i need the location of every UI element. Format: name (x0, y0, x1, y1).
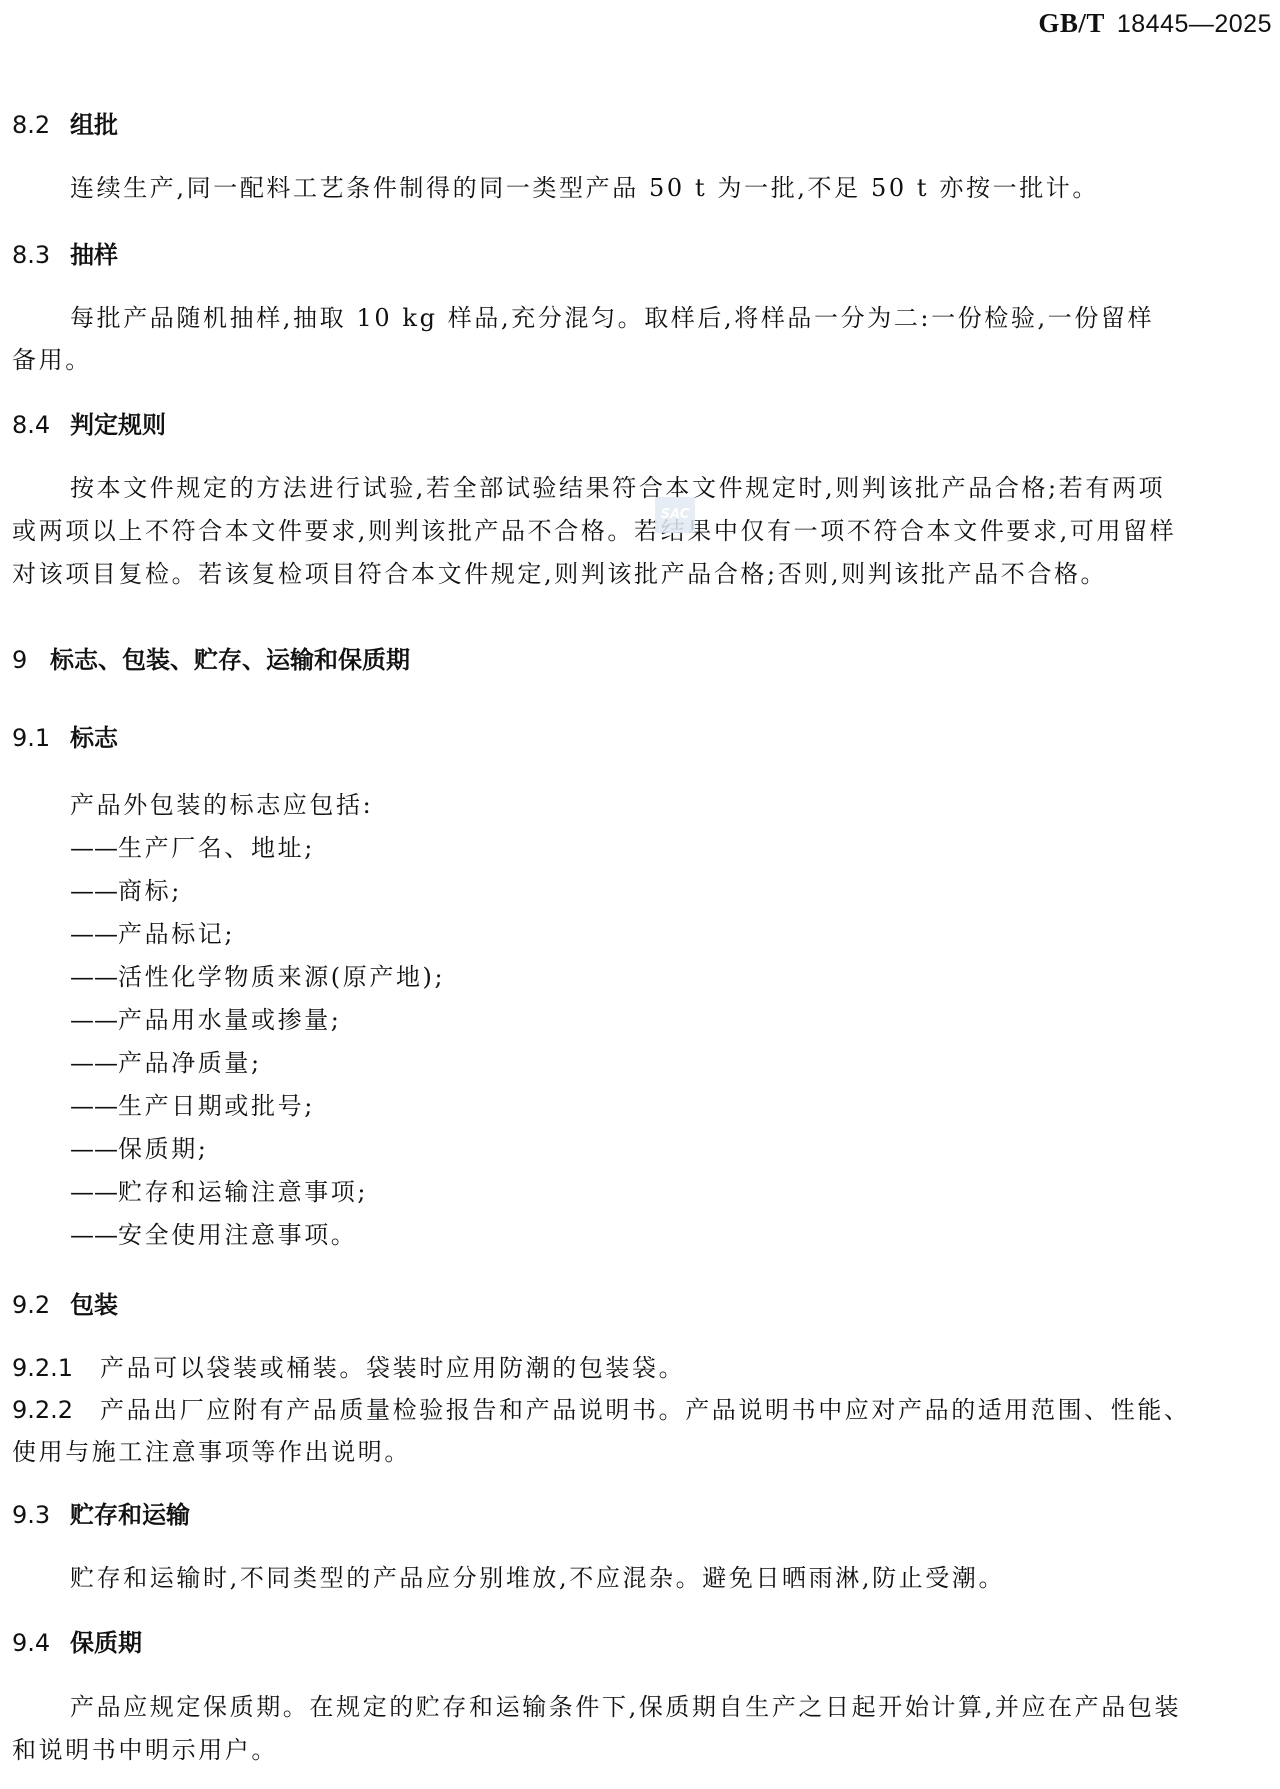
heading-8-3: 8.3抽样 (0, 240, 1280, 270)
standard-prefix: GB/T (1038, 8, 1105, 38)
dash-bullet: —— (70, 1220, 118, 1250)
paragraph-8-3-line-1: 每批产品随机抽样,抽取 10 kg 样品,充分混匀。取样后,将样品一分为二:一份… (0, 303, 1280, 333)
heading-9-3: 9.3贮存和运输 (0, 1500, 1280, 1530)
paragraph-8-4-line-2: 或两项以上不符合本文件要求,则判该批产品不合格。若结果中仅有一项不符合本文件要求… (0, 516, 1280, 546)
dash-bullet: —— (70, 1005, 118, 1035)
paragraph-9-4-line-2: 和说明书中明示用户。 (0, 1735, 1280, 1765)
dash-bullet: —— (70, 833, 118, 863)
section-title: 标志、包装、贮存、运输和保质期 (50, 646, 410, 674)
clause-9-2-2: 9.2.2产品出厂应附有产品质量检验报告和产品说明书。产品说明书中应对产品的适用… (0, 1395, 1280, 1425)
list-item: ——安全使用注意事项。 (0, 1220, 1280, 1250)
list-item: ——生产日期或批号; (0, 1091, 1280, 1121)
heading-9-1: 9.1标志 (0, 723, 1280, 753)
heading-9: 9标志、包装、贮存、运输和保质期 (0, 645, 1280, 675)
standard-number-header: GB/T18445—2025 (1038, 8, 1272, 39)
clause-9-2-2-continuation: 使用与施工注意事项等作出说明。 (0, 1437, 1280, 1467)
section-title: 组批 (70, 111, 118, 139)
dash-bullet: —— (70, 1091, 118, 1121)
heading-8-4: 8.4判定规则 (0, 410, 1280, 440)
list-item: ——产品标记; (0, 919, 1280, 949)
list-item: ——产品用水量或掺量; (0, 1005, 1280, 1035)
section-number: 8.2 (12, 110, 70, 140)
sac-watermark: SAC (655, 497, 695, 533)
dash-bullet: —— (70, 876, 118, 906)
clause-number: 9.2.1 (12, 1353, 100, 1383)
clause-9-2-1: 9.2.1产品可以袋装或桶装。袋装时应用防潮的包装袋。 (0, 1353, 1280, 1383)
list-intro: 产品外包装的标志应包括: (0, 790, 1280, 820)
dash-bullet: —— (70, 962, 118, 992)
section-number: 9.3 (12, 1500, 70, 1530)
section-number: 9 (12, 645, 50, 675)
section-number: 8.4 (12, 410, 70, 440)
section-number: 8.3 (12, 240, 70, 270)
paragraph-8-3-line-2: 备用。 (0, 345, 1280, 375)
list-item: ——生产厂名、地址; (0, 833, 1280, 863)
standard-number: 18445—2025 (1117, 10, 1272, 38)
heading-8-2: 8.2组批 (0, 110, 1280, 140)
section-number: 9.2 (12, 1290, 70, 1320)
paragraph-8-2: 连续生产,同一配料工艺条件制得的同一类型产品 50 t 为一批,不足 50 t … (0, 173, 1280, 203)
section-number: 9.1 (12, 723, 70, 753)
paragraph-9-3: 贮存和运输时,不同类型的产品应分别堆放,不应混杂。避免日晒雨淋,防止受潮。 (0, 1563, 1280, 1593)
section-title: 包装 (70, 1291, 118, 1319)
section-number: 9.4 (12, 1628, 70, 1658)
paragraph-9-4-line-1: 产品应规定保质期。在规定的贮存和运输条件下,保质期自生产之日起开始计算,并应在产… (0, 1692, 1280, 1722)
dash-bullet: —— (70, 1177, 118, 1207)
dash-bullet: —— (70, 1048, 118, 1078)
section-title: 保质期 (70, 1629, 142, 1657)
list-item: ——贮存和运输注意事项; (0, 1177, 1280, 1207)
dash-bullet: —— (70, 1134, 118, 1164)
paragraph-8-4-line-1: 按本文件规定的方法进行试验,若全部试验结果符合本文件规定时,则判该批产品合格;若… (0, 473, 1280, 503)
list-item: ——保质期; (0, 1134, 1280, 1164)
clause-number: 9.2.2 (12, 1395, 100, 1425)
heading-9-4: 9.4保质期 (0, 1628, 1280, 1658)
section-title: 判定规则 (70, 411, 166, 439)
list-item: ——活性化学物质来源(原产地); (0, 962, 1280, 992)
list-item: ——产品净质量; (0, 1048, 1280, 1078)
section-title: 抽样 (70, 241, 118, 269)
paragraph-8-4-line-3: 对该项目复检。若该复检项目符合本文件规定,则判该批产品合格;否则,则判该批产品不… (0, 559, 1280, 589)
list-item: ——商标; (0, 876, 1280, 906)
heading-9-2: 9.2包装 (0, 1290, 1280, 1320)
section-title: 标志 (70, 724, 118, 752)
dash-bullet: —— (70, 919, 118, 949)
section-title: 贮存和运输 (70, 1501, 190, 1529)
